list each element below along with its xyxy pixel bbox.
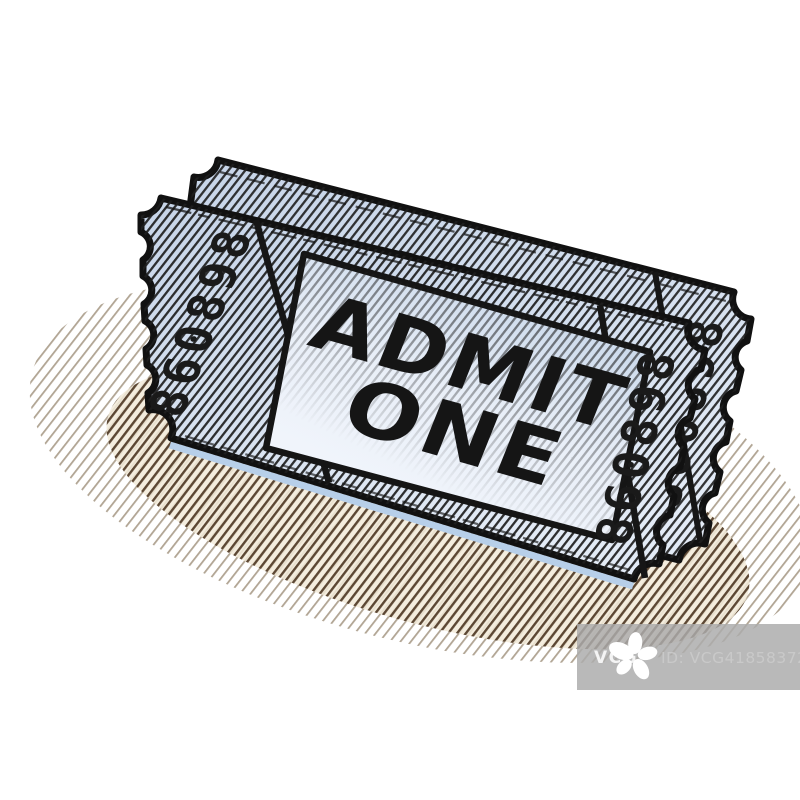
watermark-id-label: ID: VCG4185837243 <box>661 649 800 667</box>
illustration-canvas: 860898 ADMIT ONE 860898 <box>0 0 800 800</box>
watermark: VCG ID: VCG4185837243 <box>577 624 800 690</box>
admit-one-ticket-illustration: 860898 ADMIT ONE 860898 <box>0 0 800 800</box>
